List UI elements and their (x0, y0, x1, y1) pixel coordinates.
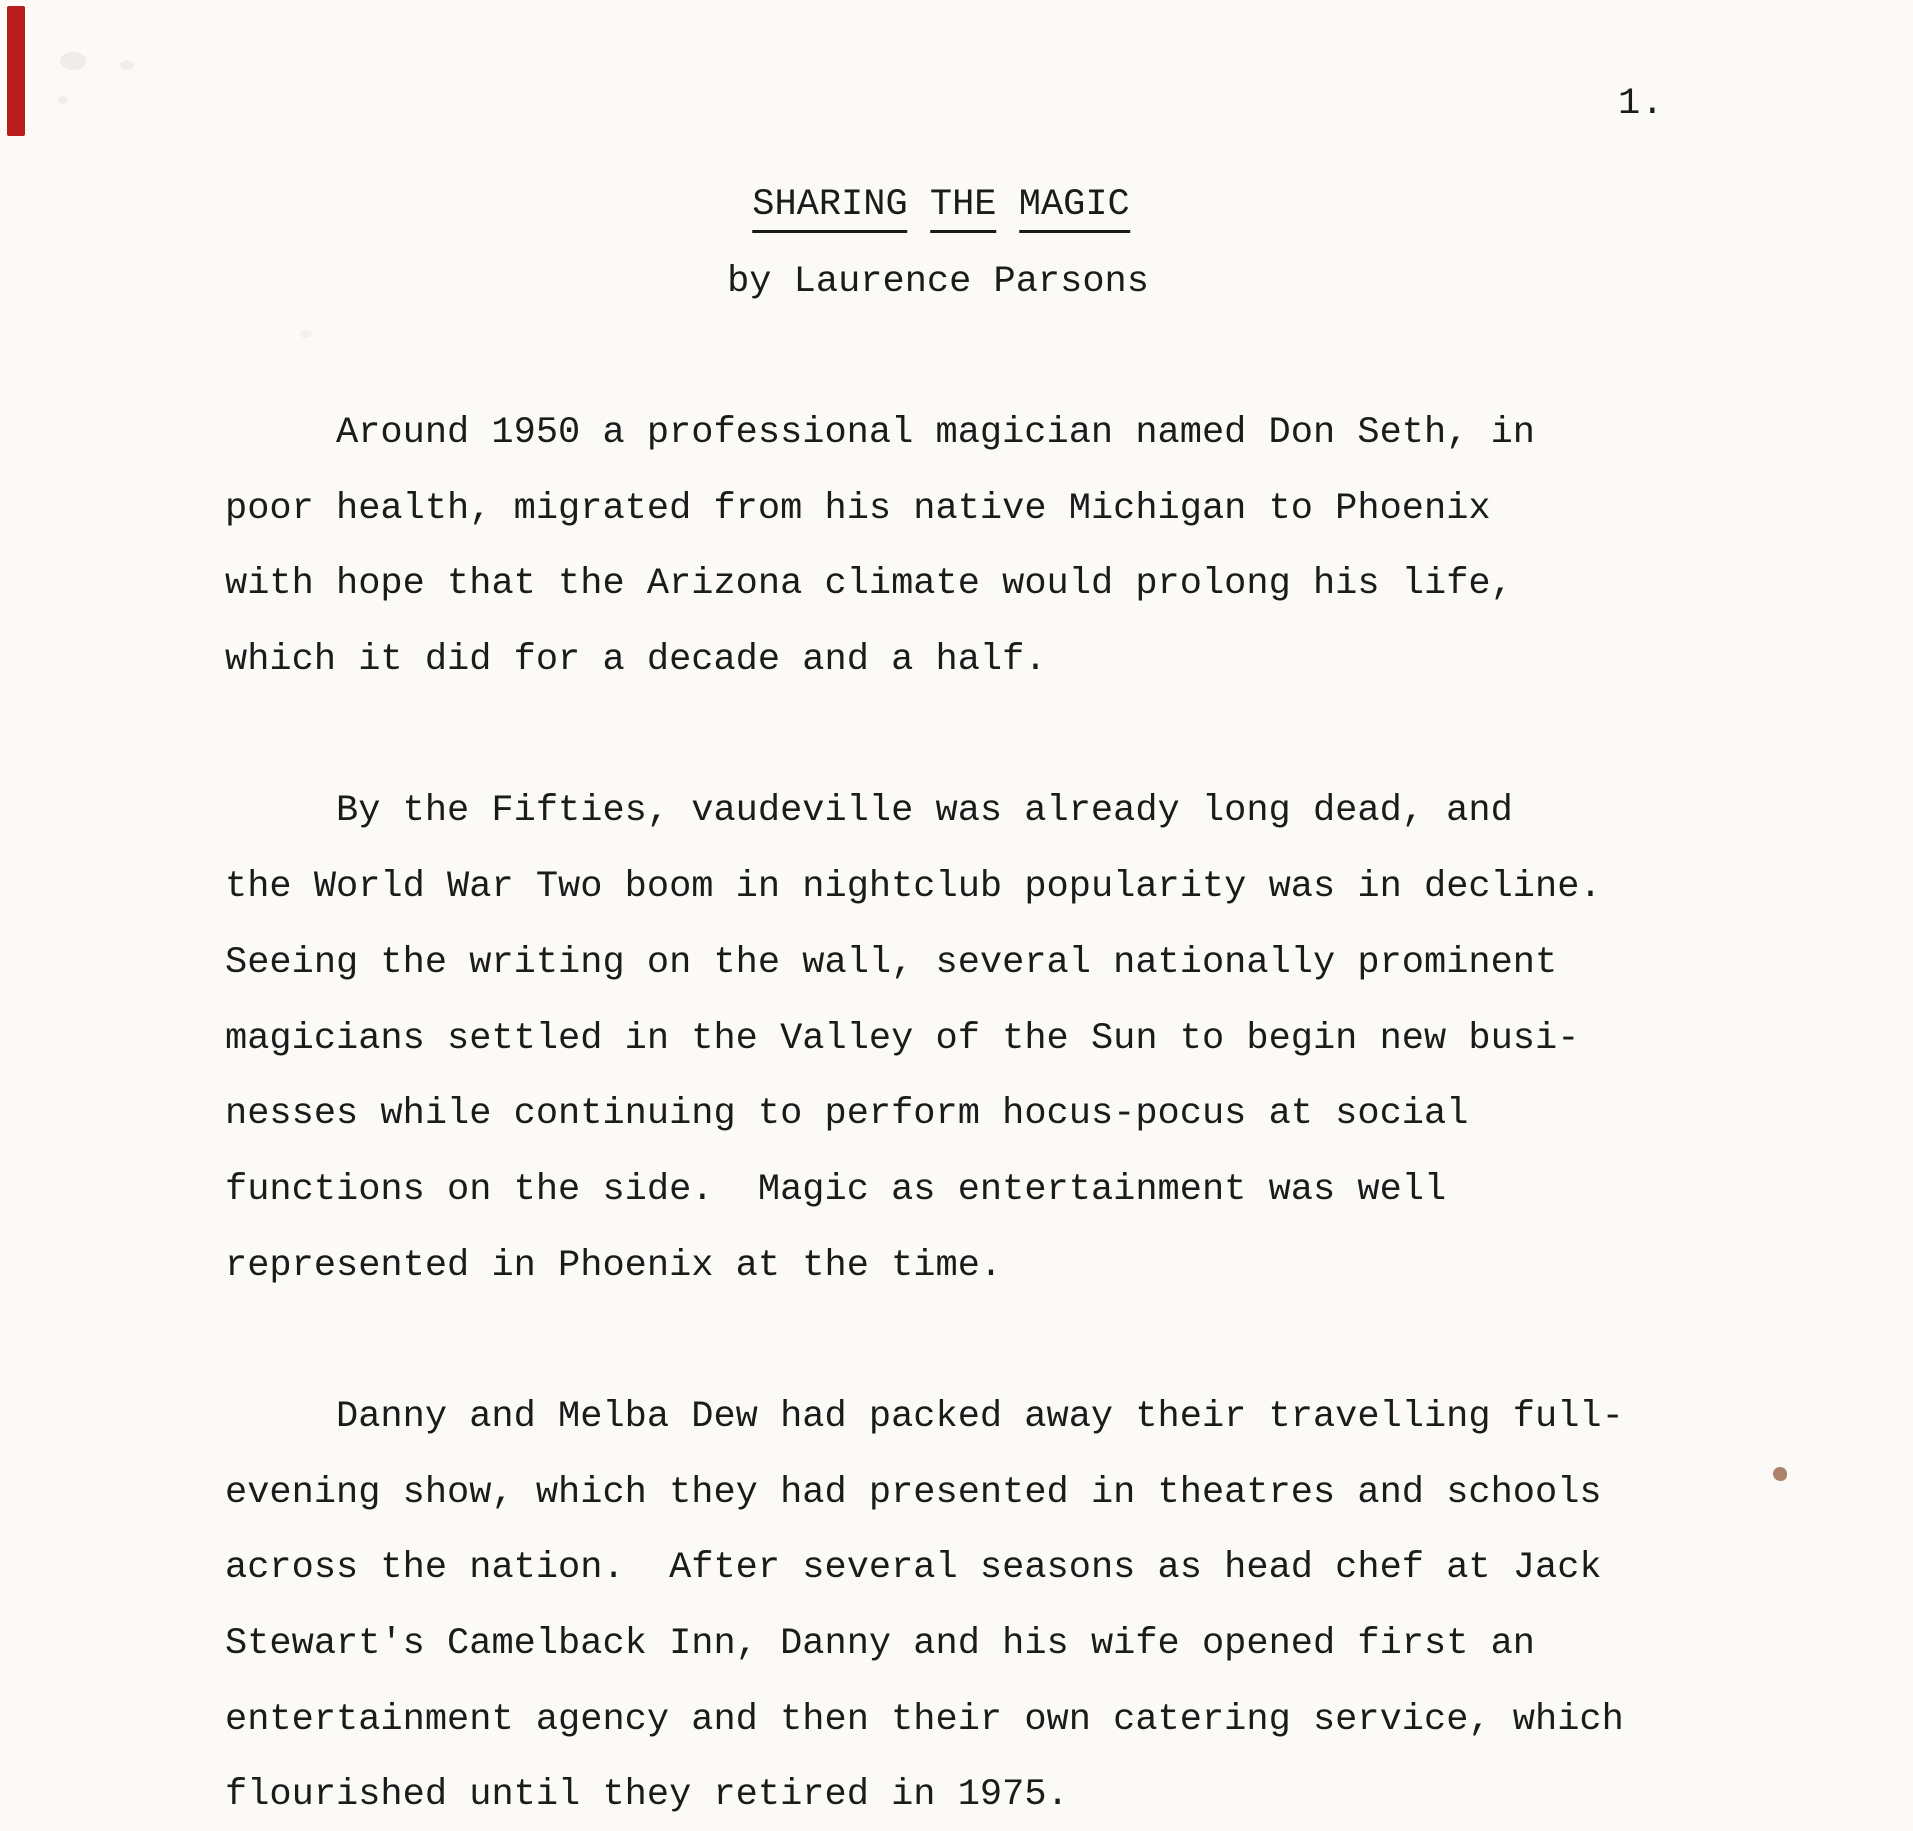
text-line: Around 1950 a professional magician name… (225, 396, 1845, 472)
blank-line (225, 1304, 1845, 1380)
text-line: Danny and Melba Dew had packed away thei… (225, 1380, 1845, 1456)
title-word: THE (930, 184, 997, 233)
text-line: evening show, which they had presented i… (225, 1456, 1845, 1532)
scan-noise-speck (300, 330, 312, 338)
text-line: with hope that the Arizona climate would… (225, 547, 1845, 623)
scan-noise-speck (58, 96, 68, 104)
red-ink-mark (7, 6, 25, 136)
scan-noise-speck (60, 52, 86, 70)
text-line: magicians settled in the Valley of the S… (225, 1002, 1845, 1078)
document-body: Around 1950 a professional magician name… (225, 396, 1845, 1831)
scan-noise-speck (120, 60, 134, 70)
text-line: Seeing the writing on the wall, several … (225, 926, 1845, 1002)
title-word: SHARING (752, 184, 907, 233)
text-line: entertainment agency and then their own … (225, 1683, 1845, 1759)
byline: by Laurence Parsons (727, 262, 1149, 302)
text-line: across the nation. After several seasons… (225, 1531, 1845, 1607)
title-word: MAGIC (1019, 184, 1130, 233)
text-line: the World War Two boom in nightclub popu… (225, 850, 1845, 926)
document-title: SHARING THE MAGIC (752, 185, 1130, 225)
document-page: 1. SHARING THE MAGIC by Laurence Parsons… (0, 0, 1913, 1831)
text-line: represented in Phoenix at the time. (225, 1229, 1845, 1305)
text-line: functions on the side. Magic as entertai… (225, 1153, 1845, 1229)
page-number: 1. (1618, 84, 1664, 124)
text-line: Stewart's Camelback Inn, Danny and his w… (225, 1607, 1845, 1683)
text-line: nesses while continuing to perform hocus… (225, 1077, 1845, 1153)
text-line: poor health, migrated from his native Mi… (225, 472, 1845, 548)
text-line: flourished until they retired in 1975. (225, 1758, 1845, 1831)
blank-line (225, 699, 1845, 775)
text-line: By the Fifties, vaudeville was already l… (225, 774, 1845, 850)
text-line: which it did for a decade and a half. (225, 623, 1845, 699)
paper-stain (1773, 1467, 1787, 1481)
